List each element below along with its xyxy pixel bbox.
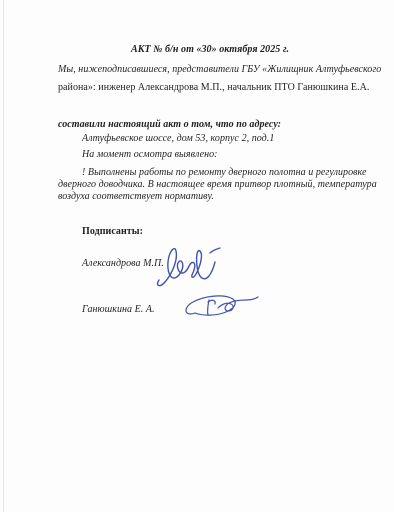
document-title: АКТ № б/н от «30» октября 2025 г.: [58, 44, 362, 56]
address-line: Алтуфьевское шоссе, дом 53, корпус 2, по…: [82, 133, 274, 145]
signature-ganyushkina-icon: [180, 291, 260, 325]
inspection-heading: На момент осмотра выявлено:: [82, 149, 218, 161]
scan-edge-artifact: [3, 0, 4, 512]
act-statement-heading: составили настоящий акт о том, что по ад…: [58, 119, 281, 131]
document-page: АКТ № б/н от «30» октября 2025 г. Мы, ни…: [0, 0, 394, 512]
findings-paragraph-line-3: воздуха соответствует нормативу.: [58, 191, 214, 203]
intro-paragraph-line-1: Мы, нижеподписавшиеся, представители ГБУ…: [58, 64, 381, 76]
findings-paragraph-line-2: дверного доводчика. В настоящее время пр…: [58, 179, 377, 191]
signatories-heading: Подписанты:: [82, 226, 143, 238]
intro-paragraph-line-2: района»: инженер Александрова М.П., нача…: [58, 82, 369, 94]
signatory-name-ganyushkina: Ганюшкина Е. А.: [82, 304, 155, 316]
signature-alexandrova-icon: [152, 238, 222, 292]
findings-paragraph-line-1: ! Выполнены работы по ремонту дверного п…: [82, 167, 366, 179]
